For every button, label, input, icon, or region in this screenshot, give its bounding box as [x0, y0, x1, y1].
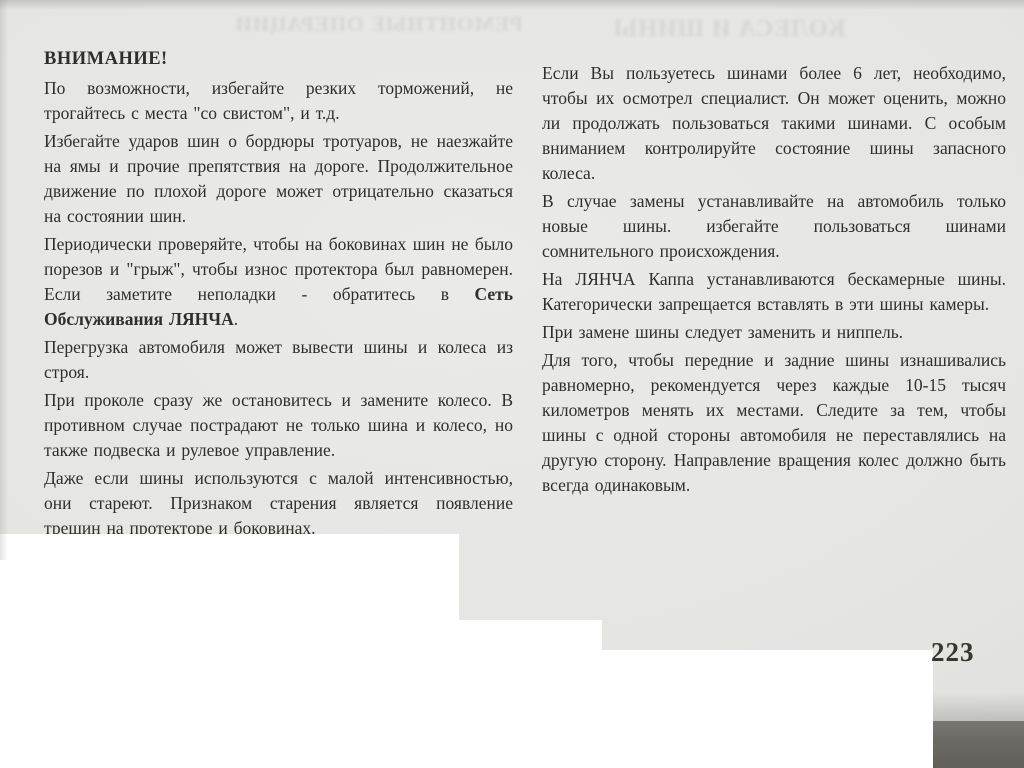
paragraph-braking: По возможности, избегайте резких торможе… [44, 76, 513, 126]
whiteout-rect-bottom-left [0, 534, 459, 768]
bleedthrough-header-left: РЕМОНТНЫЕ ОПЕРАЦИИ [281, 12, 523, 37]
page-number: 223 [931, 637, 975, 668]
top-edge-shade [0, 0, 1024, 10]
paragraph-six-years: Если Вы пользуетесь шинами более 6 лет, … [542, 61, 1006, 186]
attention-heading: ВНИМАНИЕ! [44, 46, 513, 73]
right-text-column: Если Вы пользуетесь шинами более 6 лет, … [542, 61, 1006, 501]
paragraph-replacement: В случае замены устанавливайте на автомо… [542, 189, 1006, 264]
paragraph-overload: Перегрузка автомобиля может вывести шины… [44, 335, 513, 385]
left-edge-shade [0, 0, 8, 560]
scanner-bed-corner [933, 721, 1024, 768]
paragraph-sidewall-check-text: Периодически проверяйте, чтобы на бокови… [44, 234, 513, 304]
whiteout-rect-bottom-middle [459, 620, 602, 768]
paragraph-sidewall-check-period: . [234, 309, 238, 329]
whiteout-rect-bottom-right [602, 650, 933, 768]
paragraph-curbs: Избегайте ударов шин о бордюры тротуаров… [44, 129, 513, 229]
page-edge-shadow [933, 692, 1024, 722]
paragraph-tubeless: На ЛЯНЧА Каппа устанавливаются бескамерн… [542, 267, 1006, 317]
scanned-manual-page: РЕМОНТНЫЕ ОПЕРАЦИИ КОЛЕСА И ШИНЫ ВНИМАНИ… [0, 0, 1024, 768]
paragraph-valve: При замене шины следует заменить и ниппе… [542, 320, 1006, 345]
left-text-column: ВНИМАНИЕ! По возможности, избегайте резк… [44, 46, 513, 544]
paragraph-puncture: При проколе сразу же остановитесь и заме… [44, 388, 513, 463]
bleedthrough-header-right: КОЛЕСА И ШИНЫ [596, 16, 862, 43]
paragraph-sidewall-check: Периодически проверяйте, чтобы на бокови… [44, 232, 513, 332]
paragraph-aging: Даже если шины используются с малой инте… [44, 466, 513, 541]
paragraph-rotation: Для того, чтобы передние и задние шины и… [542, 348, 1006, 498]
